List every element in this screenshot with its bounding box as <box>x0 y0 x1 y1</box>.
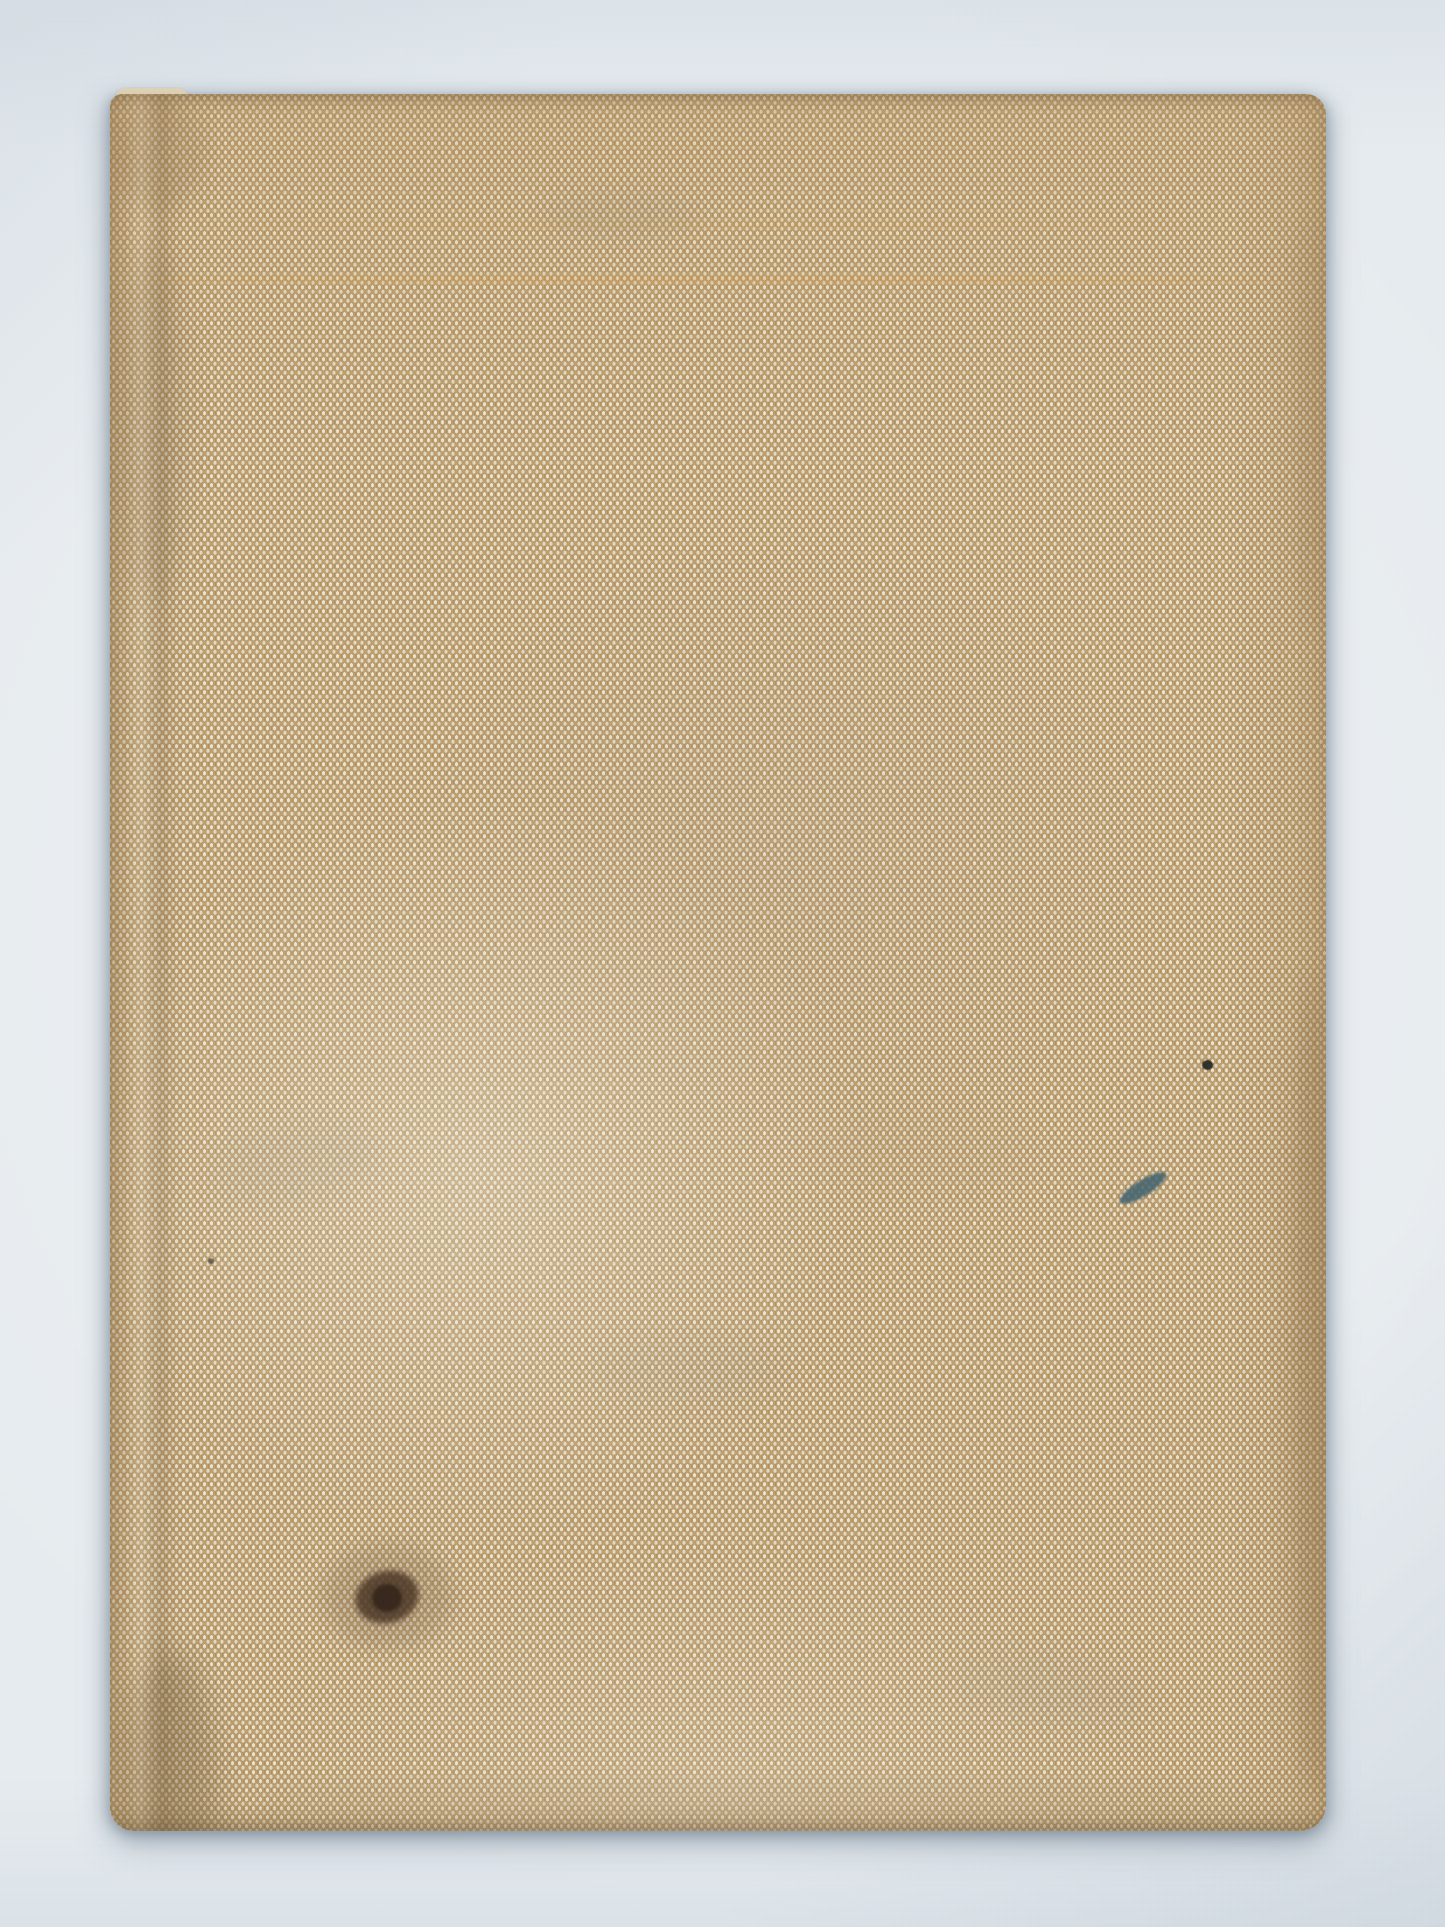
cloth-texture <box>110 94 1326 1831</box>
edge-grime-right <box>1290 974 1326 1794</box>
spine-grime-bottom <box>124 1649 216 1831</box>
speck-tiny-left <box>208 1258 214 1264</box>
edge-grime-right-top <box>1292 214 1326 634</box>
smudge-center-low <box>590 1334 790 1404</box>
smudge-warm-midright <box>810 1104 1040 1199</box>
pencil-dash-blue <box>1116 1167 1170 1209</box>
ink-spot-core <box>372 1584 402 1612</box>
photo-background: Blank beige cloth-bound hardcover book p… <box>0 0 1445 1927</box>
smudge-right-low <box>946 1640 1154 1737</box>
ink-speck-dark <box>1202 1060 1213 1070</box>
stain-layer <box>110 94 1326 1831</box>
smudge-top-center <box>540 192 700 238</box>
smudge-left-mid <box>204 1110 385 1218</box>
corner-grime-topleft <box>114 98 206 210</box>
grime-bottom-edge <box>260 1782 1260 1816</box>
book-cover <box>110 94 1326 1831</box>
spine-grime-upper <box>118 244 188 604</box>
weft-band-strong <box>140 276 1290 283</box>
